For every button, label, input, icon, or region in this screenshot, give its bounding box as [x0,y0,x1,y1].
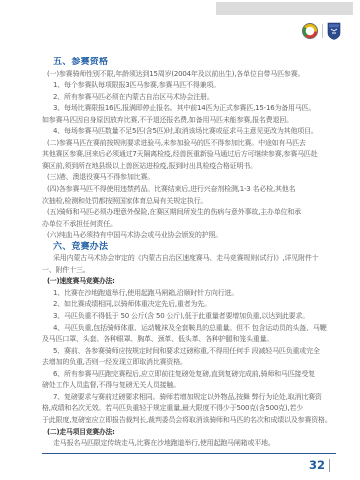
section-heading: 六、竞赛办法 [42,242,338,254]
text-line: 1、比赛在沙地跑道举行,使用起跑马闸箱,沿顺时针方向行进。 [42,288,338,300]
text-line: (六)纯血马必须持有中国马术协会或马业协会颁发的护照。 [42,230,338,242]
text-line: (三)港、澳退役赛马不得参加比赛。 [42,172,338,184]
footer-rule [42,453,336,454]
page-number-tick [329,459,330,472]
text-line: (二)走马项目竞赛办法: [42,427,338,439]
text-line: 赛区前,须到所在地县级以上兽医站进检疫,报到时出具检疫合格证明书。 [42,161,338,173]
text-line: (四)各参赛马匹不得使用违禁药品。比赛结束后,进行兴奋剂检测,1-3 名必检,其… [42,184,338,196]
text-line: 及马匹口罩、头套、各种眼罩、胸革、颈革、低头革、各种护腿和笼头重量。 [42,334,338,346]
text-line: 4、每场参赛马匹数量不足5匹(含5匹)时,取消该场比赛或征求马主意见更改为其他项… [42,126,338,138]
text-line: 于此限度,复磅室应立即报告裁判长,裁判委员会将取消该骑师和马匹的名次和成绩以及参… [42,415,338,427]
blue-shield-crest-icon [327,22,341,40]
text-line: 1、每个参赛队每项限报3匹马参赛,参赛马匹不得兼项。 [42,80,338,92]
text-line: 3、马匹负重不得低于 50 公斤(含 50 公斤),低于此重量者要增加负重,以达… [42,311,338,323]
text-line: 磅处工作人员监督,不得与复磅无关人员接触。 [42,380,338,392]
footer: 32 [260,457,330,473]
header-logos [302,21,341,41]
text-line: 5、赛前、各参赛骑师应按规定时间和要求过磅称重,不得用任何手 段减轻马匹负重或完… [42,346,338,358]
text-line: 4、马匹负重,包括骑师体重、运动靴袜及全套鞍具的总重量。但不 包含运动员的头盔、… [42,323,338,335]
text-line: 一、附件十三。 [42,265,338,277]
text-line: 7、复磅要求与赛前过磅要求相同。骑师若增加规定以外物品,按舞 弊行为论处,取消比… [42,392,338,404]
text-line: 采用内蒙古马术协会审定的《内蒙古自治区速度赛马、走马竞赛规则(试行)》,详见附件… [42,253,338,265]
text-line: 2、如比赛成绩相同,以骑师体重决定先后,重者为先。 [42,299,338,311]
content-lines: 五、参赛资格(一)参赛骑师性别不限,年龄须达到15周岁(2004年及以前出生),… [42,57,338,450]
text-line: 格,成绩和名次无效。若马匹负重轻于规定重量,最大限度不得少于500克(含500克… [42,403,338,415]
text-line: 走马报名马匹限定传统走马,比赛在沙地跑道举行,使用起跑马闸箱或平地。 [42,438,338,450]
round-federation-logo-icon [302,23,318,39]
text-line: (一)参赛骑师性别不限,年龄须达到15周岁(2004年及以前出生),各单位自带马… [42,69,338,81]
text-line: (二)参赛马匹在赛前按规则要求进验马,未参加验马的匹不得参加比赛。中途如有马匹去 [42,138,338,150]
section-heading: 五、参赛资格 [42,57,338,69]
text-line: 办单位不承担任何责任。 [42,219,338,231]
page-number: 32 [309,458,325,472]
text-line: 3、每场比赛限报16匹,报满即停止报名。其中前14匹为正式参赛匹,15-16为备… [42,103,338,115]
text-line: (五)骑师和马匹必须办理意外保险,在赛区期间所发生的伤病与意外事故,主办单位和承 [42,207,338,219]
text-line: (一)速度赛马竞赛办法: [42,276,338,288]
text-line: 6、所有参赛马匹跑完赛程后,应立即前往复磅处复磅,直到复磅完成前,骑师和马匹接受… [42,369,338,381]
text-line: 2、所有参赛马匹必须在内蒙古自治区马术协会注册。 [42,92,338,104]
document-page: 五、参赛资格(一)参赛骑师性别不限,年龄须达到15周岁(2004年及以前出生),… [0,0,360,480]
text-line: 如参赛马匹因自身原因放弃比赛,不予退还报名费,如备用马匹未能参赛,报名费退回。 [42,115,338,127]
text-line: 去增加的负重,否则一经发现立即取消比赛资格。 [42,357,338,369]
text-line: 次抽检,检测和处罚都按照国家体育总局有关规定执行。 [42,196,338,208]
text-line: 其他赛区参赛,回来后必须通过7天隔离检疫,经兽医重新验马通过后方可继续参赛,参赛… [42,149,338,161]
logo-separator [322,24,323,38]
header-gray-bar [216,2,353,15]
